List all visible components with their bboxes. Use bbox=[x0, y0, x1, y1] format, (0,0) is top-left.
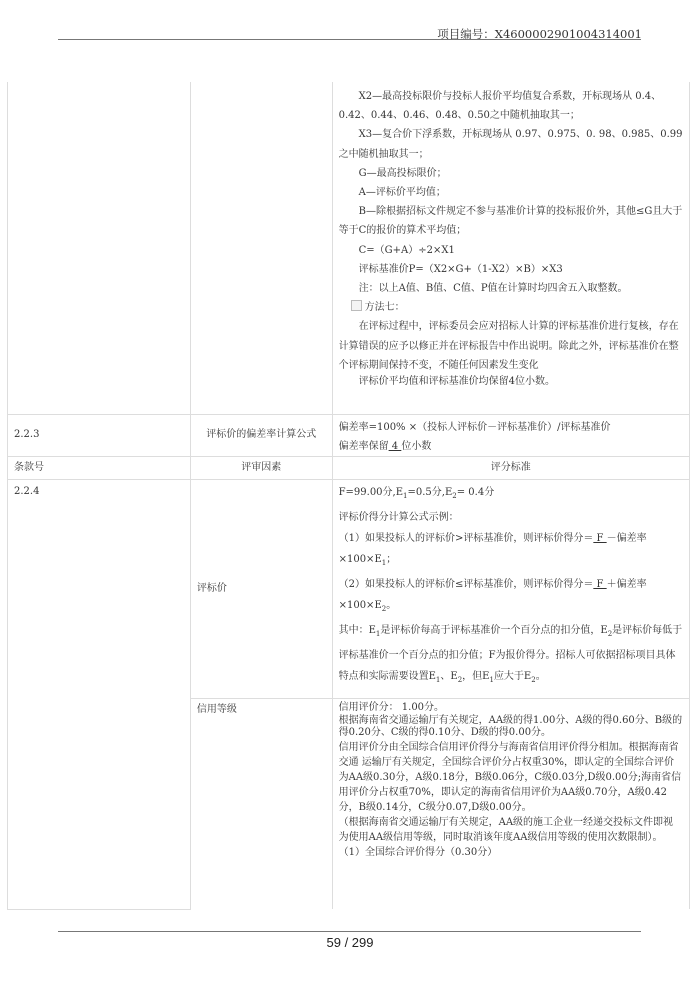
param-F: F=99.00分,E bbox=[339, 487, 403, 498]
footer-divider bbox=[58, 931, 641, 932]
formula-line: A—评标价平均值； bbox=[339, 183, 683, 202]
factor-cell bbox=[190, 82, 332, 415]
table-row-2-2-4-price: 2.2.4 评标价 F=99.00分,E1=0.5分,E2= 0.4分 评标价得… bbox=[8, 480, 690, 699]
note-text: 、E bbox=[440, 671, 457, 682]
method7-text: 评标价平均值和评标基准价均保留4位小数。 bbox=[339, 375, 683, 389]
criteria-cell: 偏差率=100% ×（投标人评标价－评标基准价）/评标基准价 偏差率保留 4 位… bbox=[332, 415, 689, 457]
deviation-precision: 偏差率保留 4 位小数 bbox=[339, 438, 683, 457]
scoring-table: X2—最高投标限价与投标人报价平均值复合系数，开标现场从 0.4、0.42、0.… bbox=[7, 82, 690, 910]
clause-cell: 2.2.4 bbox=[8, 480, 191, 910]
precision-prefix: 偏差率保留 bbox=[339, 441, 389, 452]
note-text: 其中：E bbox=[339, 625, 376, 636]
criteria-credit: 信用评价分： 1.00分。 根据海南省交通运输厅有关规定，AA级的得1.00分、… bbox=[332, 699, 689, 910]
credit-line: （1）全国综合评价得分（0.30分） bbox=[339, 845, 683, 860]
method7-label: 方法七： bbox=[365, 302, 405, 313]
criteria-price: F=99.00分,E1=0.5分,E2= 0.4分 评标价得分计算公式示例： （… bbox=[332, 480, 689, 699]
case-F: F bbox=[593, 533, 606, 544]
table-row-2-2-3: 2.2.3 评标价的偏差率计算公式 偏差率=100% ×（投标人评标价－评标基准… bbox=[8, 415, 690, 457]
credit-line: （根据海南省交通运输厅有关规定，AA级的施工企业一经递交投标文件即视为使用AA级… bbox=[339, 815, 683, 845]
example-title: 评标价得分计算公式示例： bbox=[339, 507, 683, 528]
header-factor: 评审因素 bbox=[190, 457, 332, 480]
credit-line: 信用评价分： 1.00分。 bbox=[339, 702, 683, 715]
header-criteria: 评分标准 bbox=[332, 457, 689, 480]
method7-checkbox[interactable] bbox=[351, 300, 362, 311]
factor-price: 评标价 bbox=[190, 480, 332, 699]
header-clause: 条款号 bbox=[8, 457, 191, 480]
case-F: F bbox=[593, 579, 606, 590]
note-text: 应大于E bbox=[494, 671, 531, 682]
formula-line: 评标基准价P=（X2×G+（1-X2）×B）×X3 bbox=[339, 260, 683, 279]
note-text: ，但E bbox=[462, 671, 489, 682]
table-header-row: 条款号 评审因素 评分标准 bbox=[8, 457, 690, 480]
param-E2: = 0.4分 bbox=[457, 487, 494, 498]
formula-line: B—除根据招标文件规定不参与基准价计算的投标报价外，其他≤G且大于等于C的报价的… bbox=[339, 202, 683, 240]
clause-cell: 2.2.3 bbox=[8, 415, 191, 457]
case-2: （2）如果投标人的评标价≤评标基准价，则评标价得分＝ F ＋偏差率×100×E2… bbox=[339, 574, 683, 620]
page-number: 59 / 299 bbox=[0, 935, 700, 950]
criteria-cell: X2—最高投标限价与投标人报价平均值复合系数，开标现场从 0.4、0.42、0.… bbox=[332, 82, 689, 415]
note-text: 是评标价每高于评标基准价一个百分点的扣分值，E bbox=[380, 625, 607, 636]
method7-option[interactable]: 方法七： bbox=[339, 298, 683, 317]
clause-cell bbox=[8, 82, 191, 415]
case-text: （1）如果投标人的评标价>评标基准价，则评标价得分＝ bbox=[339, 533, 594, 544]
table-row-method: X2—最高投标限价与投标人报价平均值复合系数，开标现场从 0.4、0.42、0.… bbox=[8, 82, 690, 415]
score-params: F=99.00分,E1=0.5分,E2= 0.4分 bbox=[339, 482, 683, 507]
case-text: （2）如果投标人的评标价≤评标基准价，则评标价得分＝ bbox=[339, 579, 594, 590]
case-1: （1）如果投标人的评标价>评标基准价，则评标价得分＝ F －偏差率×100×E1… bbox=[339, 528, 683, 574]
credit-line: 根据海南省交通运输厅有关规定，AA级的得1.00分、A级的得0.60分、B级的得… bbox=[339, 715, 683, 740]
case-end: 。 bbox=[386, 600, 396, 611]
note-text: 。 bbox=[536, 671, 546, 682]
formula-line: X2—最高投标限价与投标人报价平均值复合系数，开标现场从 0.4、0.42、0.… bbox=[339, 87, 683, 125]
factor-cell: 评标价的偏差率计算公式 bbox=[190, 415, 332, 457]
formula-line: C=（G+A）÷2×X1 bbox=[339, 241, 683, 260]
case-end: ； bbox=[386, 554, 396, 565]
note: 其中：E1是评标价每高于评标基准价一个百分点的扣分值，E2是评标价每低于评标基准… bbox=[339, 620, 683, 691]
factor-credit: 信用等级 bbox=[190, 699, 332, 910]
header-divider bbox=[58, 39, 641, 40]
precision-value: 4 bbox=[389, 441, 402, 452]
deviation-formula: 偏差率=100% ×（投标人评标价－评标基准价）/评标基准价 bbox=[339, 419, 683, 438]
formula-line: G—最高投标限价； bbox=[339, 164, 683, 183]
method7-text: 在评标过程中，评标委员会应对招标人计算的评标基准价进行复核，存在计算错误的应予以… bbox=[339, 317, 683, 375]
formula-line: 注：以上A值、B值、C值、P值在计算时均四舍五入取整数。 bbox=[339, 279, 683, 298]
param-E1: =0.5分,E bbox=[408, 487, 453, 498]
credit-line: 信用评价分由全国综合信用评价得分与海南省信用评价得分相加。根据海南省交通 运输厅… bbox=[339, 740, 683, 815]
precision-suffix: 位小数 bbox=[401, 441, 431, 452]
formula-line: X3—复合价下浮系数，开标现场从 0.97、0.975、0. 98、0.985、… bbox=[339, 125, 683, 163]
